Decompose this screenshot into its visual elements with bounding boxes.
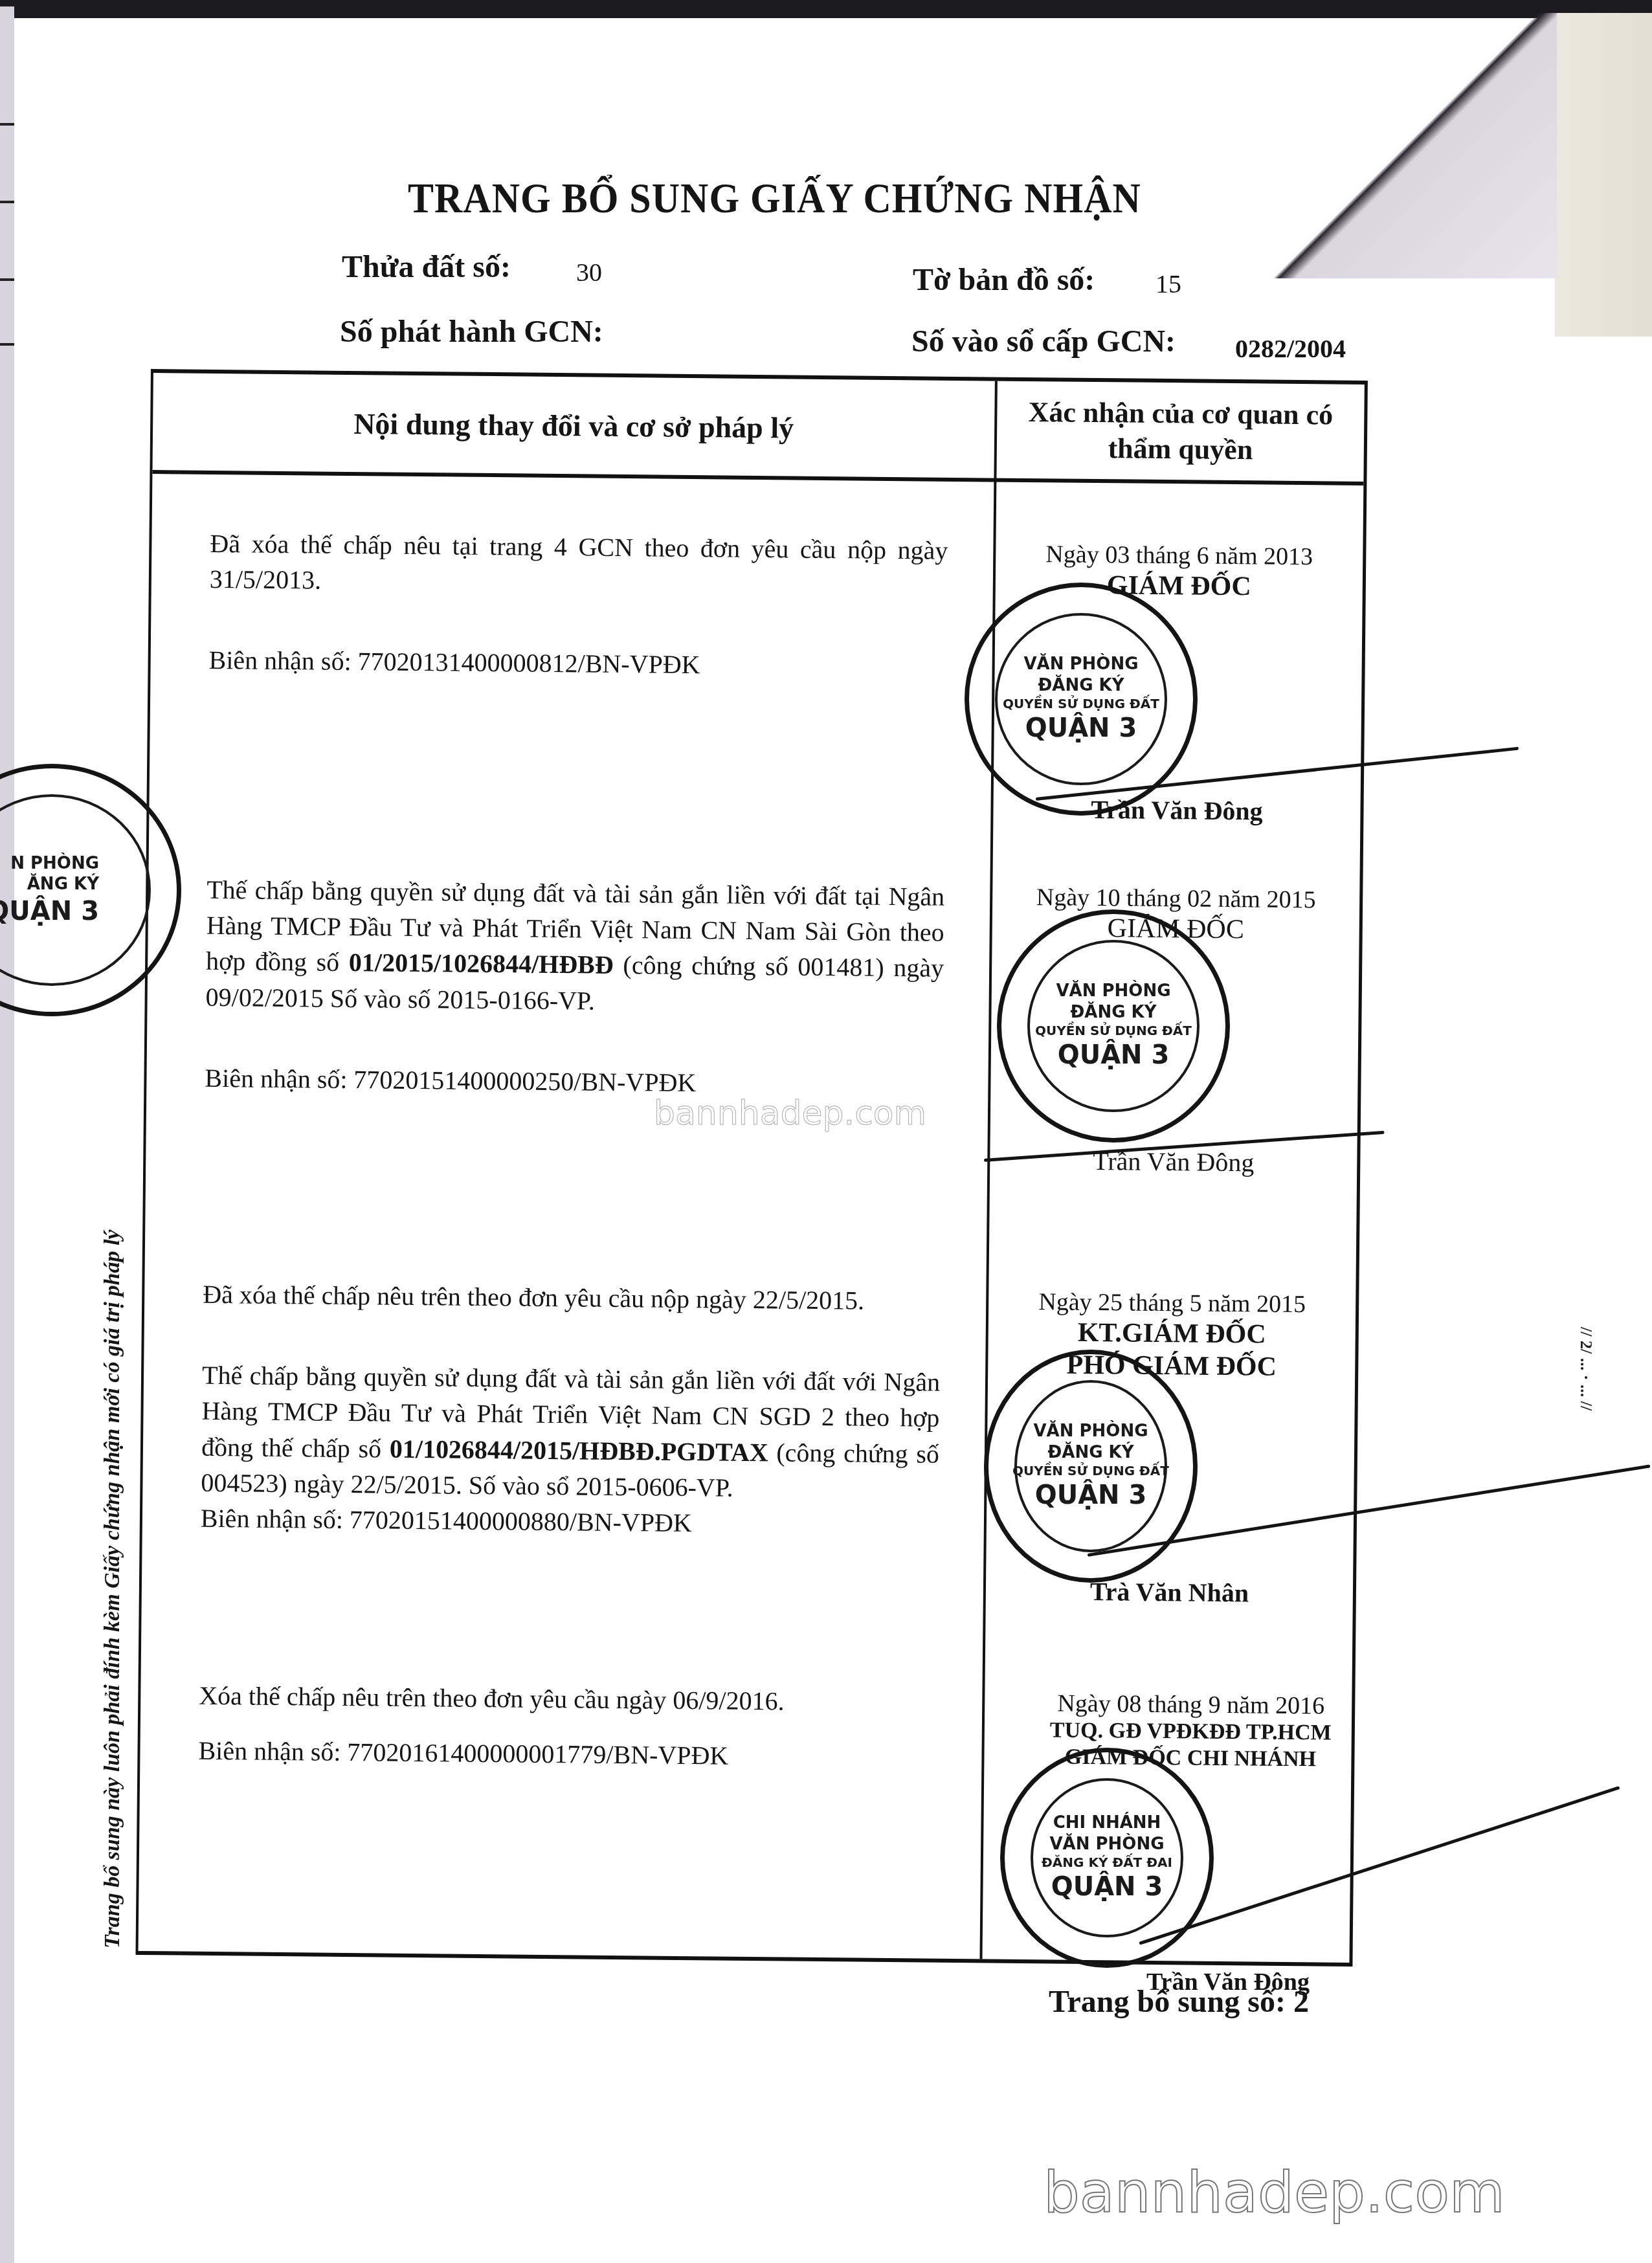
entry-3-role-1: KT.GIÁM ĐỐC (988, 1315, 1356, 1352)
entry-1-text: Đã xóa thế chấp nêu tại trang 4 GCN theo… (210, 526, 948, 604)
entry-2-date: Ngày 10 tháng 02 năm 2015 (992, 883, 1359, 915)
entry-2-text: Thế chấp bằng quyền sử dụng đất và tài s… (205, 872, 944, 1022)
entry-4-date: Ngày 08 tháng 9 năm 2016 (985, 1688, 1352, 1720)
right-margin-handwriting: // 2/ ... · ... // (1576, 1327, 1596, 1410)
entry-4-text: Xóa thế chấp nêu trên theo đơn yêu cầu n… (199, 1678, 937, 1721)
parcel-label: Thửa đất số: (342, 249, 511, 285)
entry-4-receipt: Biên nhận số: 77020161400000001779/BN-VP… (198, 1733, 936, 1776)
header-content-column: Nội dung thay đổi và cơ sở pháp lý (153, 373, 995, 478)
registry-number-label: Số vào sổ cấp GCN: (911, 324, 1176, 359)
entry-3-content: Đã xóa thế chấp nêu trên theo đơn yêu cầ… (201, 1276, 941, 1543)
entry-3-text: Đã xóa thế chấp nêu trên theo đơn yêu cầ… (203, 1276, 941, 1319)
official-stamp-1: VĂN PHÒNG ĐĂNG KÝ QUYỀN SỬ DỤNG ĐẤT QUẬN… (965, 583, 1198, 816)
issue-number-label: Số phát hành GCN: (340, 314, 603, 350)
registry-number-value: 0282/2004 (1235, 333, 1346, 364)
supplement-page-number: Trang bổ sung số: 2 (1049, 1984, 1309, 2020)
map-sheet-value: 15 (1155, 269, 1181, 299)
parcel-value: 30 (576, 257, 602, 287)
entry-2-content: Thế chấp bằng quyền sử dụng đất và tài s… (205, 872, 944, 1103)
entry-3-mortgage: Thế chấp bằng quyền sử dụng đất và tài s… (201, 1357, 940, 1508)
official-stamp-4: CHI NHÁNH VĂN PHÒNG ĐĂNG KÝ ĐẤT ĐAI QUẬN… (1000, 1748, 1214, 1968)
entry-4-role-1: TUQ. GĐ VPĐKĐĐ TP.HCM (985, 1717, 1352, 1746)
page-title: TRANG BỔ SUNG GIẤY CHỨNG NHẬN (408, 174, 1141, 223)
scanner-edge-left (0, 6, 14, 2263)
entry-2-signer: Trần Văn Đông (990, 1145, 1357, 1179)
entry-1-content: Đã xóa thế chấp nêu tại trang 4 GCN theo… (208, 526, 948, 685)
entry-4-content: Xóa thế chấp nêu trên theo đơn yêu cầu n… (198, 1678, 937, 1776)
header-authority-column: Xác nhận của cơ quan có thẩm quyền (996, 381, 1364, 482)
scanner-edge-right (1555, 13, 1652, 337)
map-sheet-label: Tờ bản đồ số: (913, 262, 1095, 298)
entry-1-date: Ngày 03 tháng 6 năm 2013 (996, 540, 1363, 572)
entry-3-signer: Trà Văn Nhân (986, 1575, 1353, 1609)
entry-3-receipt: Biên nhận số: 77020151400000880/BN-VPĐK (201, 1500, 939, 1543)
entry-1-receipt: Biên nhận số: 77020131400000812/BN-VPĐK (208, 642, 946, 685)
margin-legal-note: Trang bổ sung này luôn phải đính kèm Giấ… (100, 1055, 125, 1948)
watermark-bottom: bannhadep.com (1044, 2159, 1505, 2225)
official-stamp-3: VĂN PHÒNG ĐĂNG KÝ QUYỀN SỬ DỤNG ĐẤT QUẬN… (984, 1350, 1198, 1583)
watermark-center: bannhadep.com (654, 1094, 926, 1133)
folded-corner (1266, 13, 1557, 278)
change-log-table: Nội dung thay đổi và cơ sở pháp lý Xác n… (135, 369, 1367, 1967)
entry-3-date: Ngày 25 tháng 5 năm 2015 (988, 1287, 1356, 1319)
official-stamp-2: VĂN PHÒNG ĐĂNG KÝ QUYỀN SỬ DỤNG ĐẤT QUẬN… (997, 909, 1230, 1143)
